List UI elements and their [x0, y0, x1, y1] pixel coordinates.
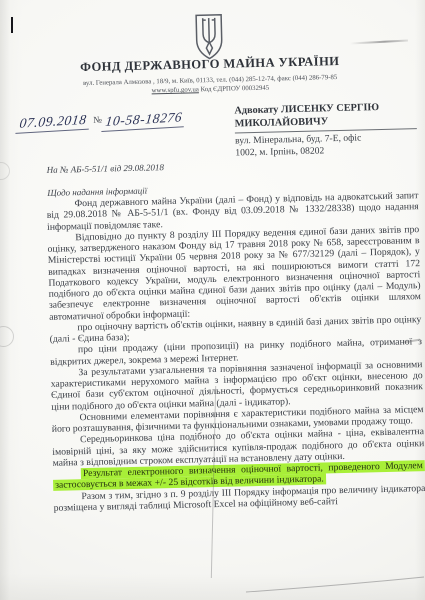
org-website: www.spfu.gov.ua	[152, 86, 199, 94]
org-edrpou: Код ЄДРПОУ 00032945	[200, 85, 269, 94]
handwritten-date: 07.09.2018	[15, 112, 90, 134]
ukraine-trident-emblem-icon	[192, 13, 226, 62]
number-sign: №	[93, 115, 102, 125]
scanned-letter-page: { "letterhead": { "emblem": "ukraine-tri…	[0, 0, 425, 600]
scan-tick-mark	[11, 17, 13, 33]
bottom-fold-curve	[244, 570, 425, 594]
reply-reference: На № АБ-5-51/1 від 29.08.2018	[47, 162, 164, 175]
outgoing-reference-row: 07.09.2018№10-58-18276	[16, 109, 231, 133]
addressee-block: Адвокату ЛИСЕНКУ СЕРГІЮ МИКОЛАЙОВИЧУ вул…	[234, 101, 417, 158]
letter-body: Фонд державного майна України (далі – Фо…	[46, 190, 425, 514]
body-paragraph: Відповідно до пункту 8 розділу III Поряд…	[47, 224, 421, 323]
handwritten-number: 10-58-18276	[102, 109, 187, 132]
